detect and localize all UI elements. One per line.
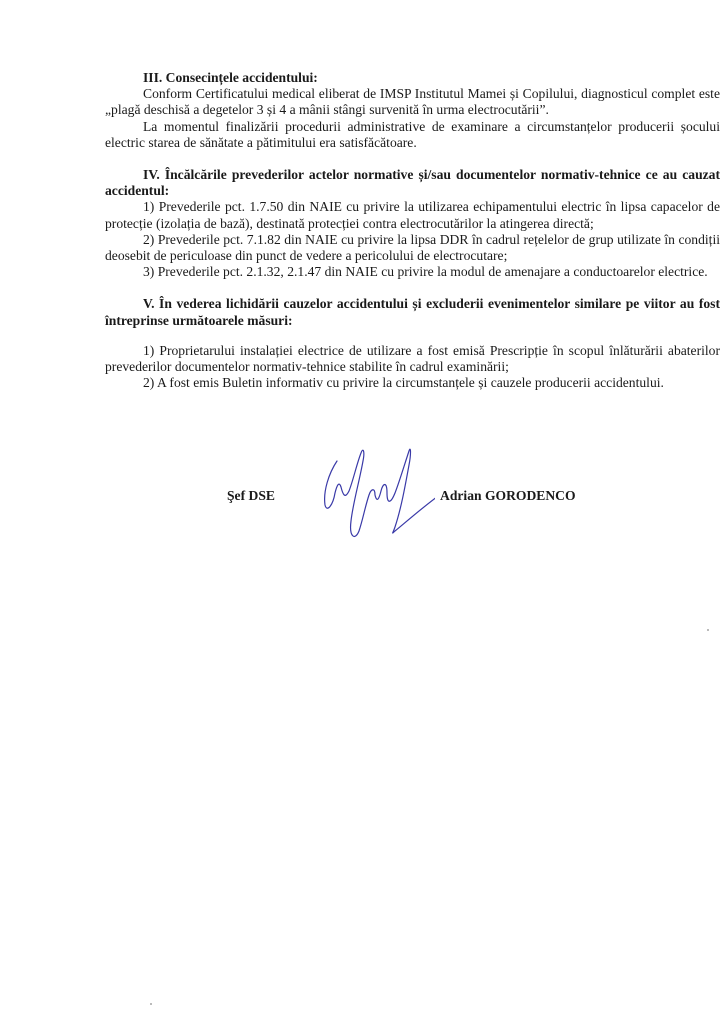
signatory-name: Adrian GORODENCO: [440, 488, 576, 504]
section-4-item: 2) Prevederile pct. 7.1.82 din NAIE cu p…: [105, 232, 720, 264]
scan-speck: [150, 1003, 152, 1005]
section-4-item: 1) Prevederile pct. 1.7.50 din NAIE cu p…: [105, 199, 720, 231]
document-page: III. Consecințele accidentului: Conform …: [0, 0, 724, 1024]
section-4-heading: IV. Încălcările prevederilor actelor nor…: [105, 167, 720, 199]
signatory-title: Şef DSE: [227, 488, 275, 504]
document-body: III. Consecințele accidentului: Conform …: [105, 70, 720, 391]
section-5-heading: V. În vederea lichidării cauzelor accide…: [105, 296, 720, 328]
section-5-item: 1) Proprietarului instalației electrice …: [105, 343, 720, 375]
section-5-item: 2) A fost emis Buletin informativ cu pri…: [105, 375, 720, 391]
section-4-item: 3) Prevederile pct. 2.1.32, 2.1.47 din N…: [105, 264, 720, 280]
section-3-heading: III. Consecințele accidentului:: [105, 70, 720, 86]
signature-block: Şef DSE Adrian GORODENCO: [0, 488, 724, 568]
section-3-paragraph: Conform Certificatului medical eliberat …: [105, 86, 720, 118]
scan-speck: [707, 629, 709, 631]
handwritten-signature-icon: [315, 443, 435, 553]
section-3-paragraph: La momentul finalizării procedurii admin…: [105, 119, 720, 151]
